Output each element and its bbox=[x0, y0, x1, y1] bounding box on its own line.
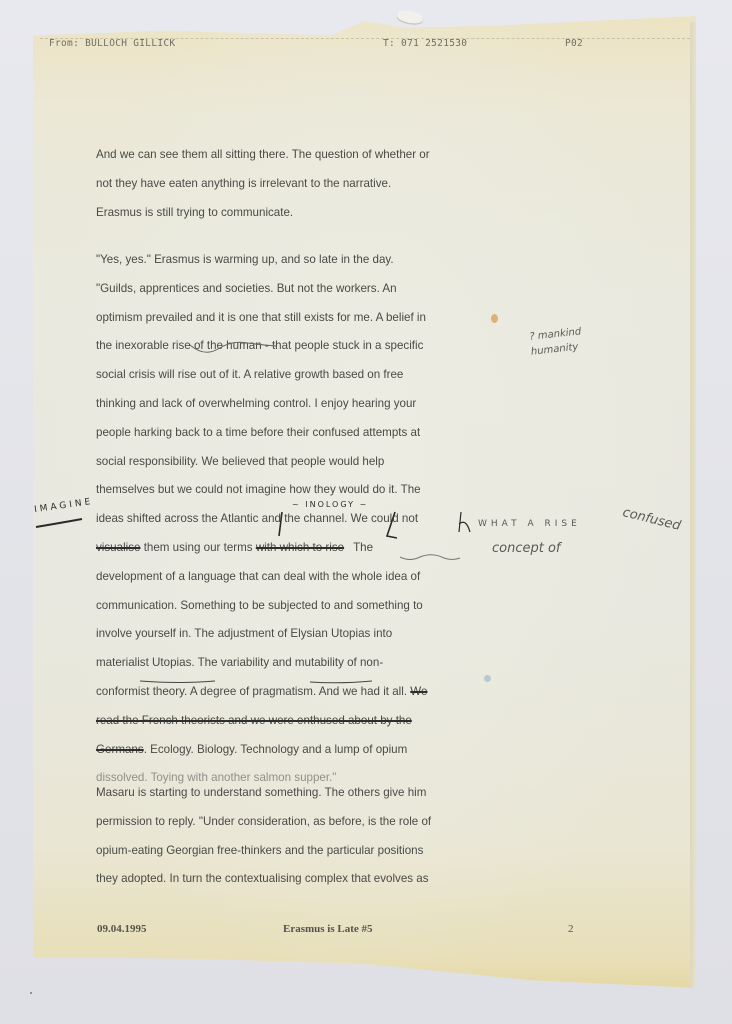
footer-title: Erasmus is Late #5 bbox=[283, 923, 373, 935]
footer-date: 09.04.1995 bbox=[97, 923, 147, 935]
pen-marks bbox=[0, 0, 732, 1024]
footer-page-number: 2 bbox=[568, 923, 574, 935]
